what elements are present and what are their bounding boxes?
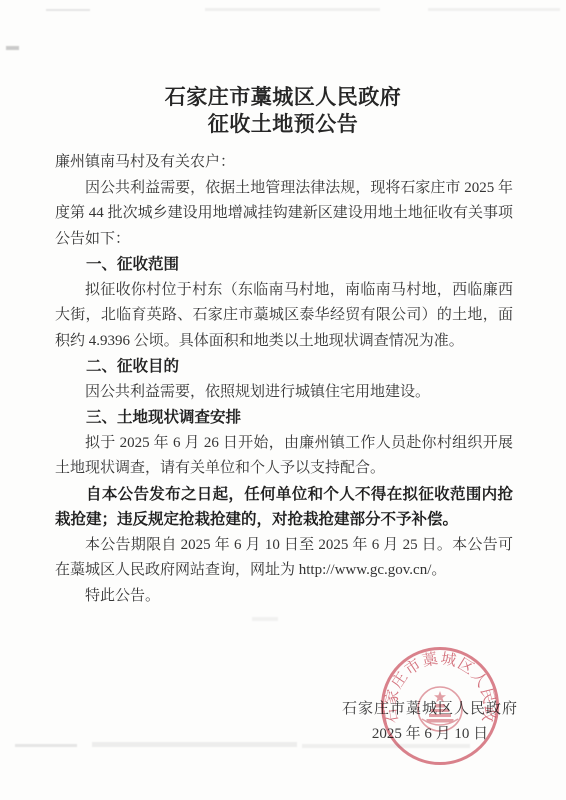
scan-artifact	[46, 9, 90, 11]
seal-arc-text: 石家庄市藁城区人民政府	[379, 645, 499, 725]
scan-artifact	[92, 742, 297, 747]
paragraph-scope: 拟征收你村位于村东（东临南马村地，南临南马村地，西临廉西大街，北临育英路、石家庄…	[55, 278, 513, 355]
national-emblem-icon	[418, 687, 462, 731]
document-body: 廉州镇南马村及有关农户： 因公共利益需要，依据土地管理法律法规，现将石家庄市 2…	[55, 150, 513, 609]
title-line-subject: 征收土地预公告	[0, 111, 566, 138]
announcement-document: 石家庄市藁城区人民政府 征收土地预公告 廉州镇南马村及有关农户： 因公共利益需要…	[0, 0, 566, 800]
official-seal: 石家庄市藁城区人民政府	[379, 645, 501, 767]
section-heading-survey: 三、土地现状调查安排	[55, 405, 513, 431]
salutation: 廉州镇南马村及有关农户：	[55, 150, 513, 176]
scan-artifact	[6, 46, 19, 50]
title-line-authority: 石家庄市藁城区人民政府	[0, 84, 566, 111]
scan-artifact	[15, 744, 77, 747]
paragraph-purpose: 因公共利益需要，依照规划进行城镇住宅用地建设。	[55, 380, 513, 406]
paragraph-duration: 本公告期限自 2025 年 6 月 10 日至 2025 年 6 月 25 日。…	[55, 533, 513, 584]
section-heading-purpose: 二、征收目的	[55, 354, 513, 380]
document-title: 石家庄市藁城区人民政府 征收土地预公告	[0, 84, 566, 138]
paragraph-prohibition: 自本公告发布之日起，任何单位和个人不得在拟征收范围内抢栽抢建；违反规定抢栽抢建的…	[55, 482, 513, 533]
paragraph-survey: 拟于 2025 年 6 月 26 日开始，由廉州镇工作人员赴你村组织开展土地现状…	[55, 431, 513, 482]
paragraph-intro: 因公共利益需要，依据土地管理法律法规，现将石家庄市 2025 年度第 44 批次…	[55, 176, 513, 253]
scan-artifact	[252, 617, 278, 621]
scan-artifact	[428, 8, 560, 11]
scan-artifact	[205, 8, 380, 11]
section-heading-scope: 一、征收范围	[55, 252, 513, 278]
seal-graphic: 石家庄市藁城区人民政府	[379, 645, 501, 767]
paragraph-closing: 特此公告。	[55, 584, 513, 610]
